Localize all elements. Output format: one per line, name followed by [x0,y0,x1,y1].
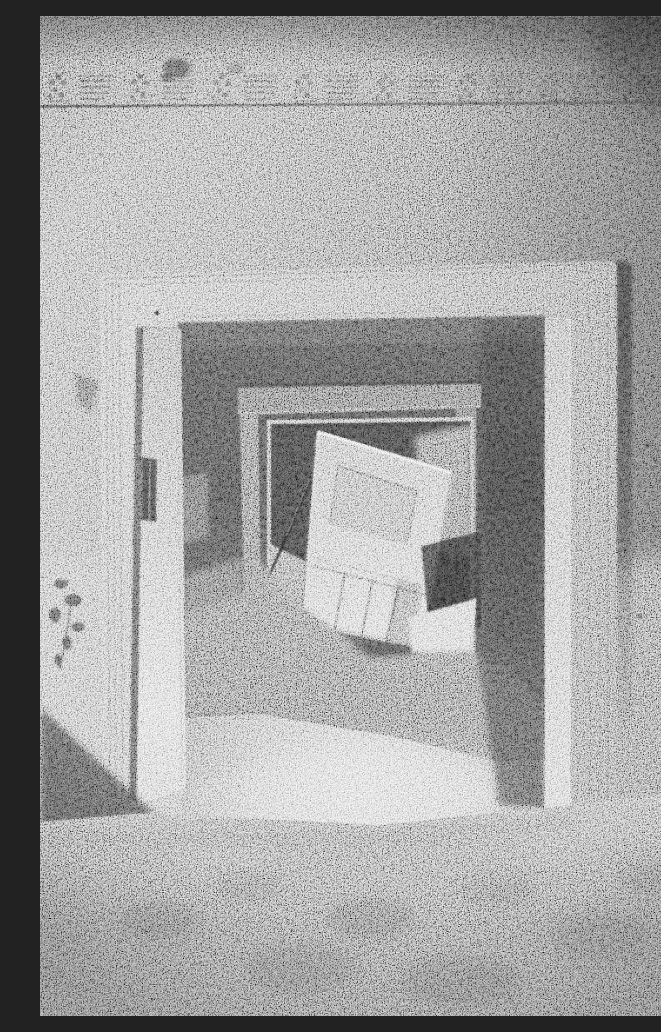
film-grain-overlay [40,16,661,1016]
grain-coarse [40,16,661,1016]
photo [40,16,661,1016]
photo-canvas [40,16,661,1016]
